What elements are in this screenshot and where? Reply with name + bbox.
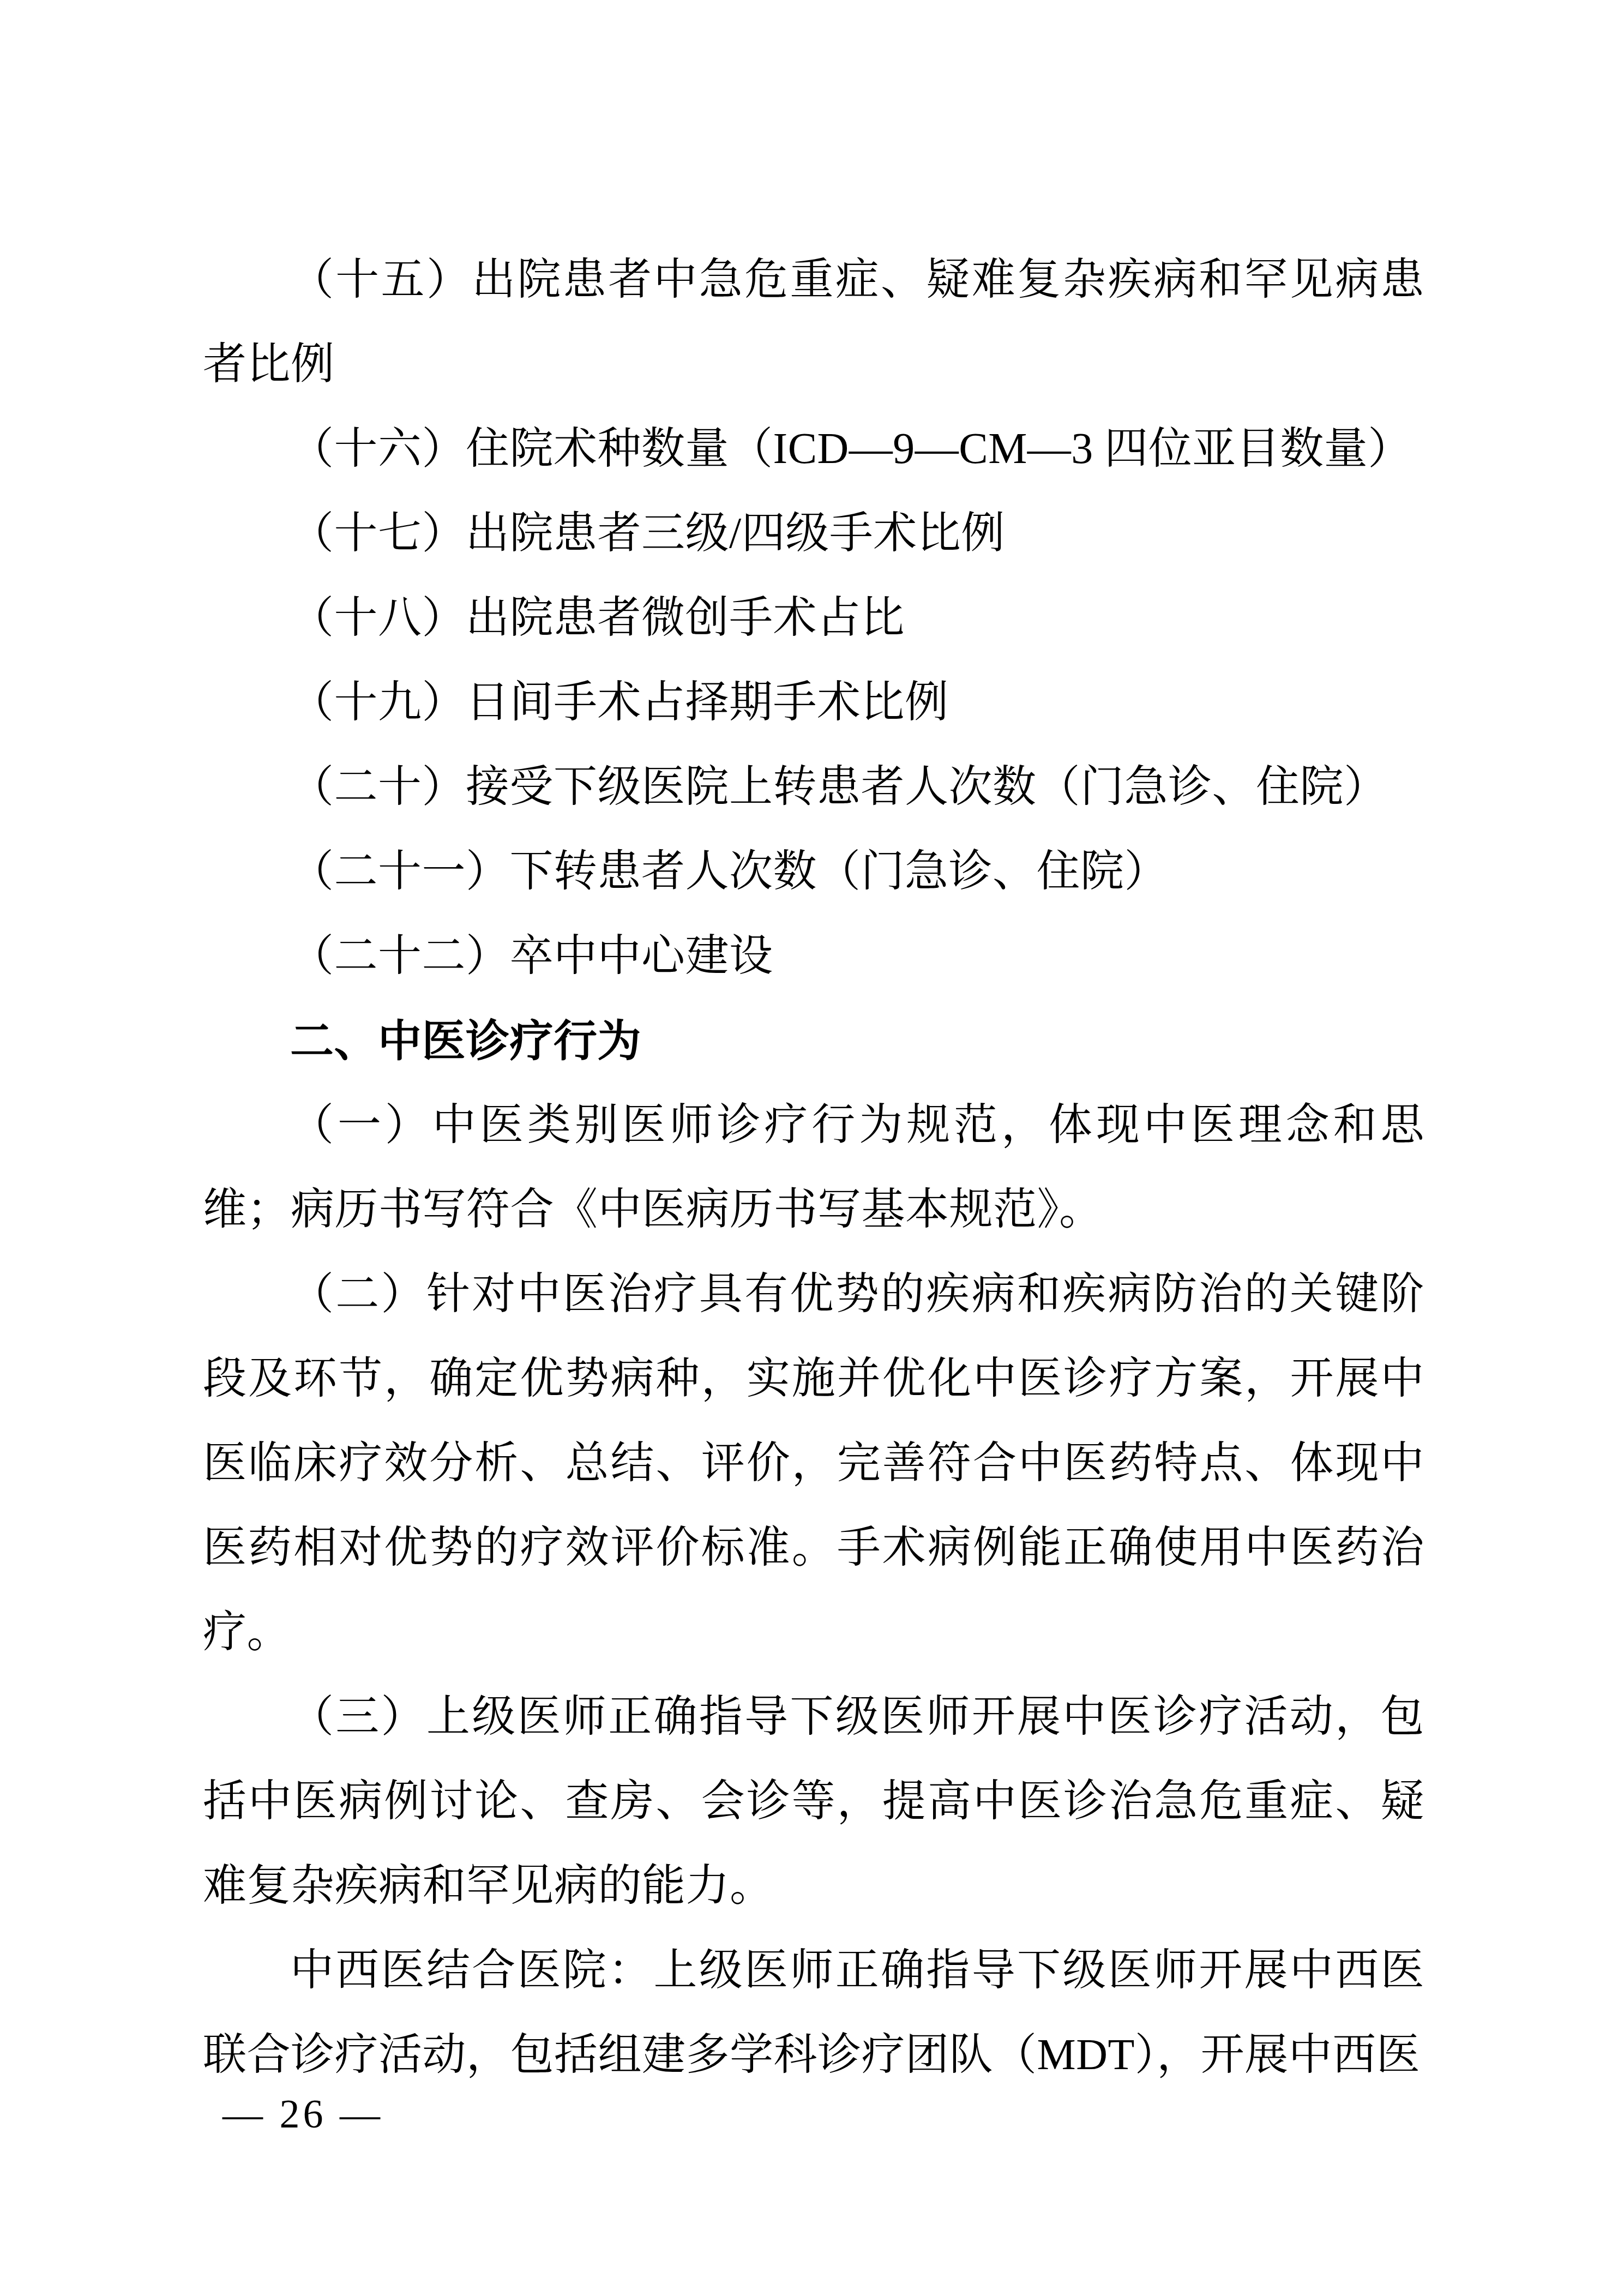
paragraph-1: （一）中医类别医师诊疗行为规范，体现中医理念和思维；病历书写符合《中医病历书写基… bbox=[203, 1083, 1424, 1252]
list-item-20: （二十）接受下级医院上转患者人次数（门急诊、住院） bbox=[203, 745, 1424, 830]
list-item-18: （十八）出院患者微创手术占比 bbox=[203, 576, 1424, 660]
document-page: （十五）出院患者中急危重症、疑难复杂疾病和罕见病患者比例 （十六）住院术种数量（… bbox=[0, 0, 1624, 2296]
paragraph-2: （二）针对中医治疗具有优势的疾病和疾病防治的关键阶段及环节，确定优势病种，实施并… bbox=[203, 1252, 1424, 1675]
paragraph-4: 中西医结合医院：上级医师正确指导下级医师开展中西医联合诊疗活动，包括组建多学科诊… bbox=[203, 1928, 1424, 2097]
list-item-15: （十五）出院患者中急危重症、疑难复杂疾病和罕见病患者比例 bbox=[203, 238, 1424, 407]
list-item-16: （十六）住院术种数量（ICD—9—CM—3 四位亚目数量） bbox=[203, 407, 1424, 491]
page-number: — 26 — bbox=[222, 2090, 383, 2139]
document-body: （十五）出院患者中急危重症、疑难复杂疾病和罕见病患者比例 （十六）住院术种数量（… bbox=[203, 238, 1424, 2097]
section-heading: 二、中医诊疗行为 bbox=[203, 999, 1424, 1083]
list-item-17: （十七）出院患者三级/四级手术比例 bbox=[203, 491, 1424, 576]
list-item-19: （十九）日间手术占择期手术比例 bbox=[203, 660, 1424, 745]
list-item-21: （二十一）下转患者人次数（门急诊、住院） bbox=[203, 830, 1424, 914]
paragraph-3: （三）上级医师正确指导下级医师开展中医诊疗活动，包括中医病例讨论、查房、会诊等，… bbox=[203, 1675, 1424, 1928]
list-item-22: （二十二）卒中中心建设 bbox=[203, 914, 1424, 999]
